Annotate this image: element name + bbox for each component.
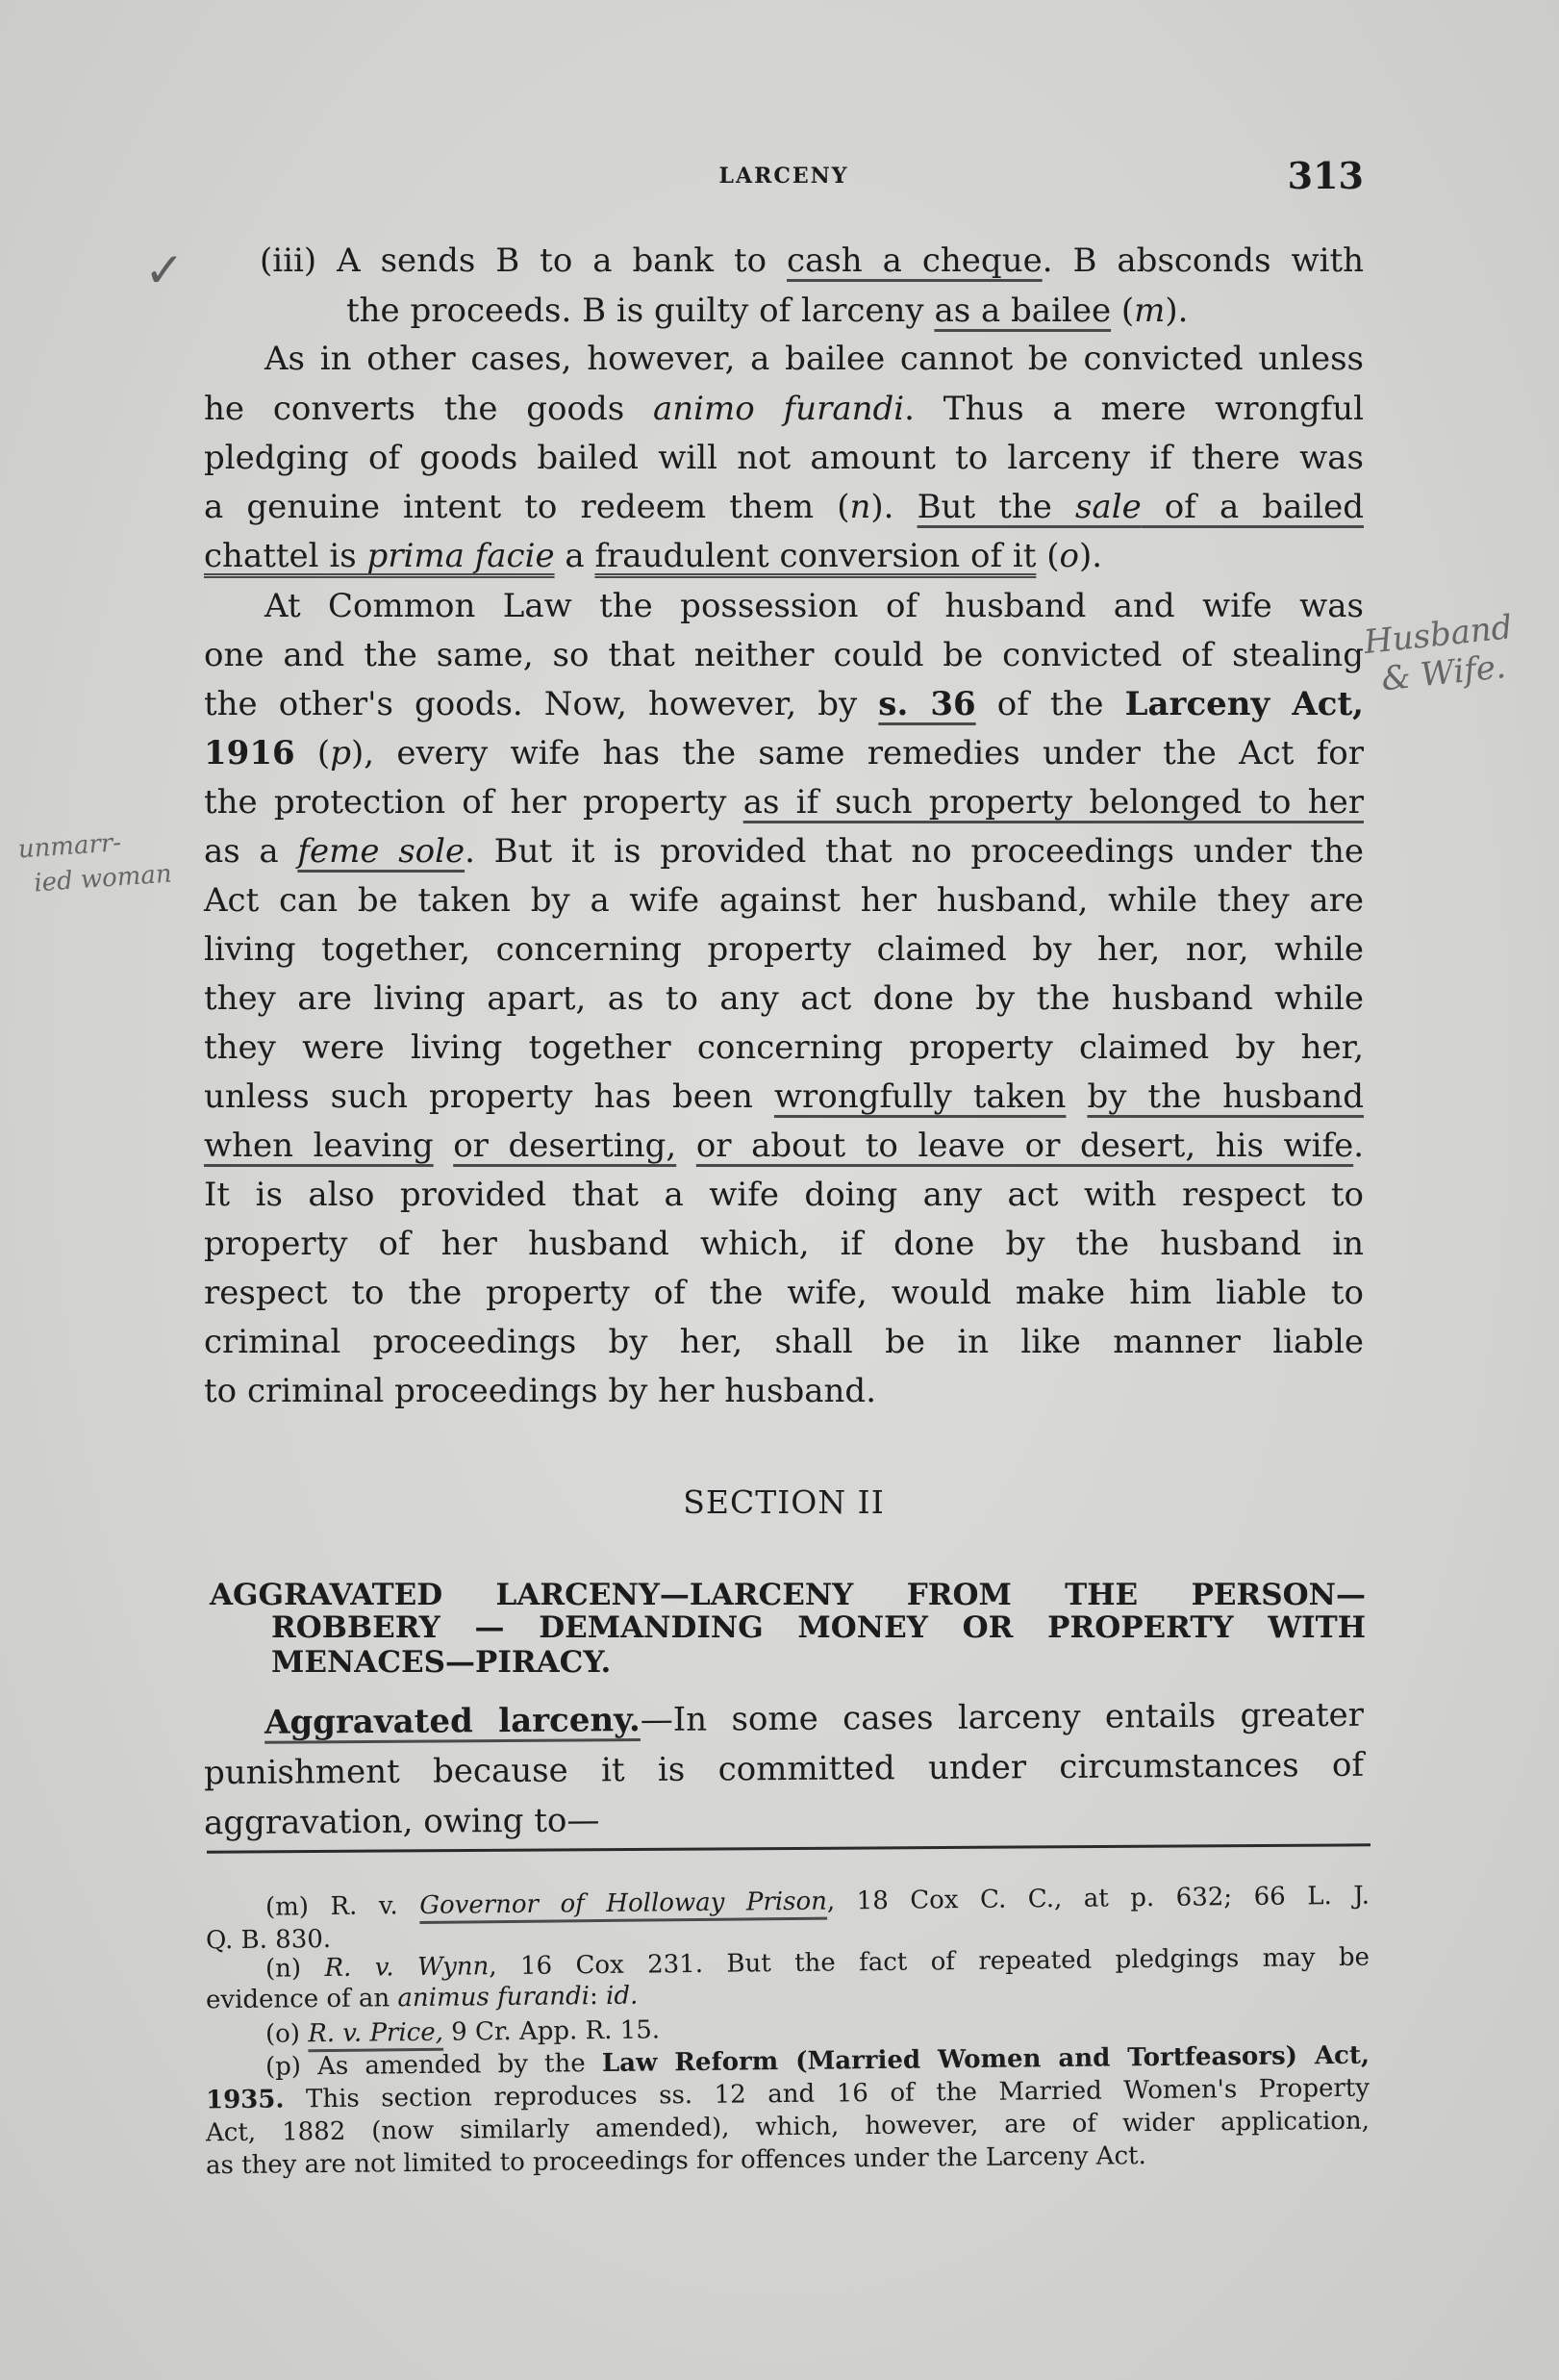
text: of the — [976, 685, 1125, 723]
paragraph-line: a genuine intent to redeem them (n). But… — [204, 483, 1364, 531]
paragraph-line: he converts the goods animo furandi. Thu… — [204, 385, 1364, 433]
paragraph-line: property of her husband which, if done b… — [204, 1220, 1364, 1268]
text: the protection of her property — [204, 783, 743, 822]
text: ). — [1079, 537, 1102, 575]
paragraph-line: the other's goods. Now, however, by s. 3… — [204, 680, 1364, 728]
text — [1066, 1077, 1087, 1116]
text: . B absconds with — [1043, 241, 1364, 280]
underlined-text: But the sale of a bailed — [918, 488, 1364, 526]
running-title: LARCENY — [204, 164, 1364, 189]
text: ). — [870, 488, 917, 526]
underlined-text: or deserting, — [453, 1127, 676, 1165]
running-head: LARCENY 313 — [204, 154, 1364, 202]
text: ( — [1036, 537, 1059, 575]
paragraph-line: punishment because it is committed under… — [204, 1741, 1364, 1797]
paragraph-line: 1916 (p), every wife has the same remedi… — [204, 729, 1364, 777]
paragraph-line: as a feme sole. But it is provided that … — [204, 827, 1364, 875]
text: ), every wife has the same remedies unde… — [351, 734, 1364, 772]
text: A sends B to a bank to — [337, 241, 787, 280]
section-heading-line: MENACES—PIRACY. — [271, 1645, 611, 1680]
underlined-case-name: Governor of Holloway Prison — [419, 1887, 827, 1920]
text: (m) R. v. — [265, 1891, 420, 1922]
illustration-line: the proceeds. B is guilty of larceny as … — [346, 287, 1364, 335]
paragraph-line: As in other cases, however, a bailee can… — [204, 335, 1364, 383]
underlined-text: s. 36 — [878, 685, 975, 723]
underlined-text: wrongfully taken — [774, 1077, 1066, 1116]
paragraph-line: one and the same, so that neither could … — [204, 631, 1364, 679]
text: . But it is provided that no proceedings… — [465, 832, 1364, 871]
paragraph-line: unless such property has been wrongfully… — [204, 1073, 1364, 1121]
underlined-text: as if such property belonged to her — [743, 783, 1364, 822]
text: But the — [918, 488, 1075, 526]
italic-case-name: R. v. Wynn — [324, 1952, 489, 1983]
paragraph-line: they were living together concerning pro… — [204, 1024, 1364, 1072]
underlined-text: chattel is prima facie — [204, 537, 555, 575]
text: of a bailed — [1142, 488, 1364, 526]
bold-text: 1935. — [206, 2085, 285, 2114]
text: the proceeds. B is guilty of larceny — [346, 291, 934, 330]
underlined-text: when leaving — [204, 1127, 434, 1165]
text: ( — [1111, 291, 1134, 330]
footnote-ref: p — [330, 734, 351, 772]
underlined-text: feme sole — [297, 832, 465, 871]
underlined-text: as a bailee — [934, 291, 1111, 330]
bold-text: Larceny Act, — [1125, 685, 1364, 723]
checkmark-icon: ✓ — [144, 242, 185, 298]
handwritten-note-right: Husband & Wife. — [1362, 608, 1518, 700]
illustration-line: (iii) A sends B to a bank to cash a cheq… — [260, 237, 1364, 285]
page-number: 313 — [1288, 154, 1364, 197]
italic-text: animo furandi — [653, 390, 904, 428]
text: , 18 Cox C. C., at p. 632; 66 L. J. — [827, 1882, 1370, 1916]
section-heading-line: ROBBERY — DEMANDING MONEY OR PROPERTY WI… — [271, 1610, 1366, 1645]
text: as a — [204, 832, 297, 871]
paragraph-line: Aggravated larceny.—In some cases larcen… — [204, 1691, 1364, 1747]
text: evidence of an — [206, 1984, 398, 2014]
handwritten-note-left: unmarr- ied woman — [17, 823, 173, 902]
text: (p) As amended by the — [265, 2049, 602, 2082]
text: chattel is — [204, 537, 366, 575]
underlined-case-name: R. v. Price, — [308, 2018, 443, 2048]
run-in-heading: Aggravated larceny. — [264, 1701, 641, 1742]
text: ( — [295, 734, 331, 772]
text: a genuine intent to redeem them ( — [204, 488, 849, 526]
text: . Thus a mere wrongful — [904, 390, 1364, 428]
text: ). — [1165, 291, 1188, 330]
paragraph-line: the protection of her property as if suc… — [204, 778, 1364, 826]
text: the other's goods. Now, however, by — [204, 685, 878, 723]
text: . — [1353, 1127, 1364, 1165]
italic-text: id. — [606, 1982, 639, 2011]
paragraph-line: pledging of goods bailed will not amount… — [204, 434, 1364, 482]
italic-text: prima facie — [366, 537, 554, 575]
paragraph-line: At Common Law the possession of husband … — [204, 582, 1364, 630]
text: a — [555, 537, 595, 575]
footnote-ref: m — [1134, 291, 1165, 330]
bold-text: 1916 — [204, 734, 295, 772]
section-label: SECTION II — [204, 1483, 1364, 1521]
text — [434, 1127, 454, 1165]
paragraph-line: aggravation, owing to— — [204, 1791, 1364, 1847]
italic-text: animus furandi — [397, 1982, 590, 2013]
italic-text: sale — [1075, 488, 1142, 526]
text: he converts the goods — [204, 390, 653, 428]
paragraph-line: respect to the property of the wife, wou… — [204, 1269, 1364, 1317]
paragraph-line: to criminal proceedings by her husband. — [204, 1367, 1364, 1415]
underlined-text: by the husband — [1087, 1077, 1364, 1116]
paragraph-line: Act can be taken by a wife against her h… — [204, 876, 1364, 924]
paragraph-line: It is also provided that a wife doing an… — [204, 1171, 1364, 1219]
footnote-ref: n — [849, 488, 870, 526]
paragraph-line: chattel is prima facie a fraudulent conv… — [204, 532, 1364, 580]
underlined-text: cash a cheque — [787, 241, 1043, 280]
section-heading-line: AGGRAVATED LARCENY—LARCENY FROM THE PERS… — [210, 1578, 1366, 1612]
text: unless such property has been — [204, 1077, 774, 1116]
paragraph-line: living together, concerning property cla… — [204, 925, 1364, 974]
text: 9 Cr. App. R. 15. — [443, 2015, 660, 2046]
text — [676, 1127, 696, 1165]
book-page: LARCENY 313 ✓ (iii) A sends B to a bank … — [0, 0, 1559, 2380]
text: (o) — [265, 2019, 309, 2048]
text: —In some cases larceny entails greater — [641, 1696, 1364, 1739]
paragraph-line: criminal proceedings by her, shall be in… — [204, 1318, 1364, 1366]
paragraph-line: they are living apart, as to any act don… — [204, 975, 1364, 1023]
footnote-ref: o — [1059, 537, 1078, 575]
text: (n) — [265, 1954, 325, 1984]
underlined-text: or about to leave or desert, his wife — [696, 1127, 1353, 1165]
underlined-text: fraudulent conversion of it — [594, 537, 1036, 575]
text: : — [590, 1982, 606, 2011]
paragraph-line: when leaving or deserting, or about to l… — [204, 1122, 1364, 1170]
illustration-number: (iii) — [260, 241, 316, 280]
